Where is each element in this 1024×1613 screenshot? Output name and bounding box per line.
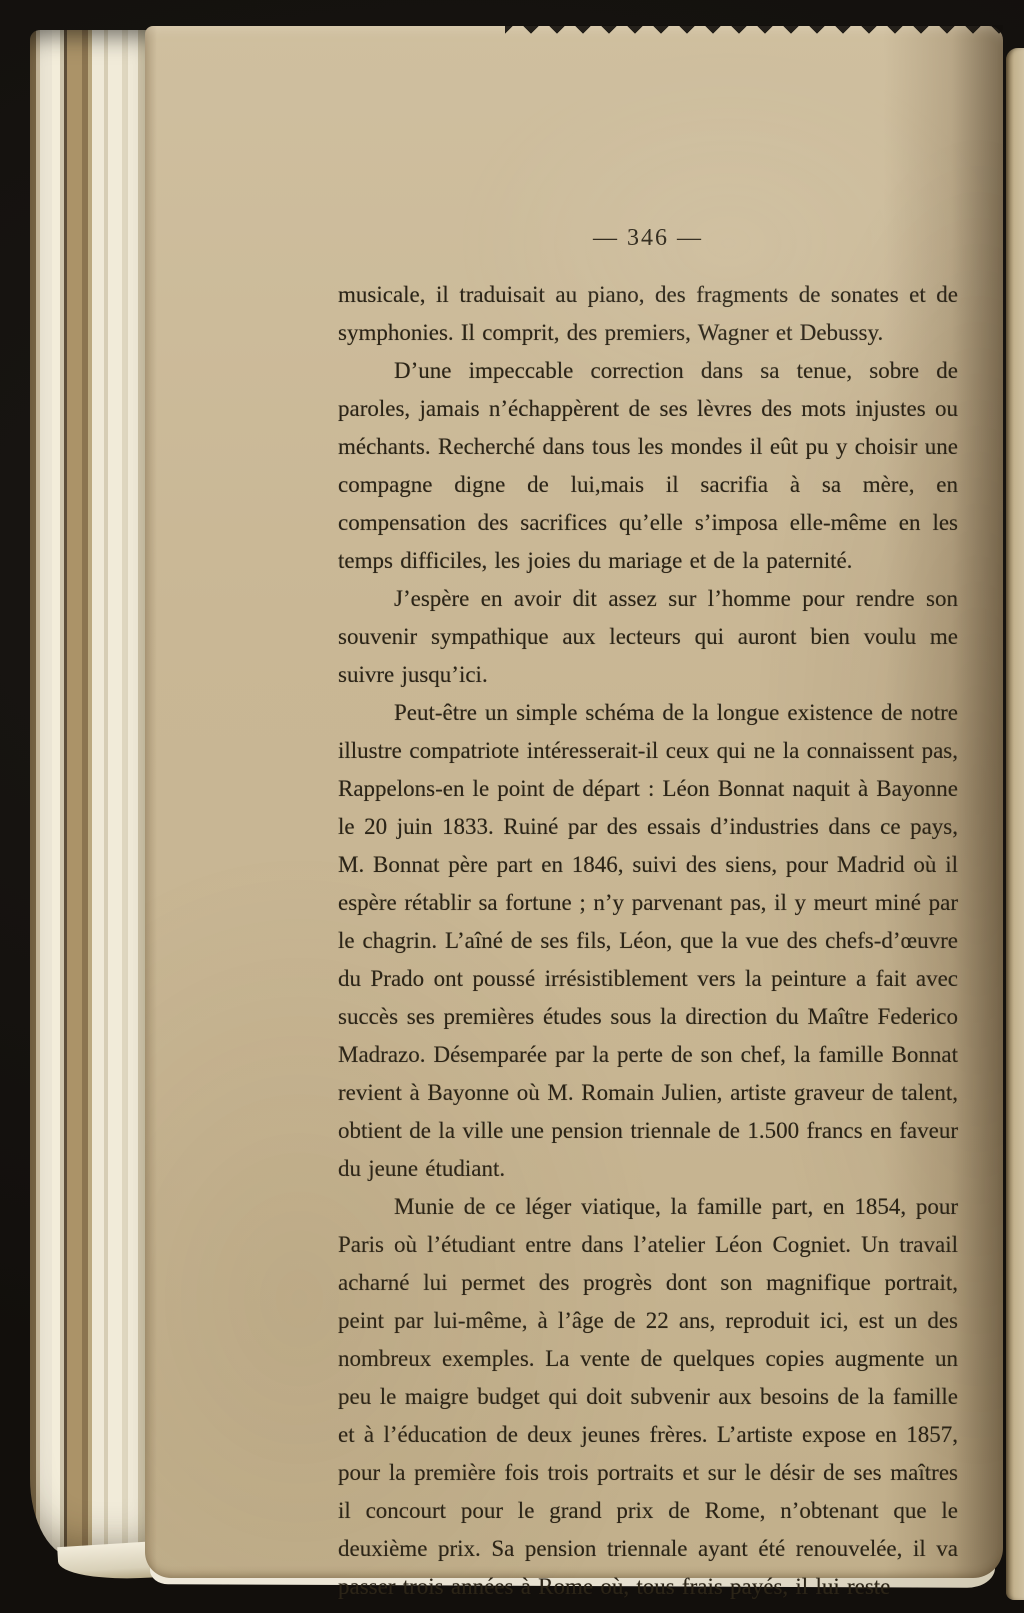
scanned-book-page: — 346 — musicale, il traduisait au piano…	[145, 26, 1003, 1578]
book-fore-edge-page-stack	[30, 30, 148, 1558]
printed-text-block: — 346 — musicale, il traduisait au piano…	[338, 26, 958, 1606]
paragraph: Munie de ce léger viatique, la famille p…	[338, 1188, 958, 1606]
paragraph: Peut-être un simple schéma de la longue …	[338, 694, 958, 1188]
facing-page-sliver	[1006, 48, 1024, 1600]
paragraph: J’espère en avoir dit assez sur l’homme …	[338, 580, 958, 694]
body-text: musicale, il traduisait au piano, des fr…	[338, 276, 958, 1606]
book-scan-background: { "page": { "number": "— 346 —", "paragr…	[0, 0, 1024, 1613]
paragraph: D’une impeccable correction dans sa tenu…	[338, 352, 958, 580]
paragraph-continuation: musicale, il traduisait au piano, des fr…	[338, 276, 958, 352]
page-number: — 346 —	[338, 224, 958, 252]
